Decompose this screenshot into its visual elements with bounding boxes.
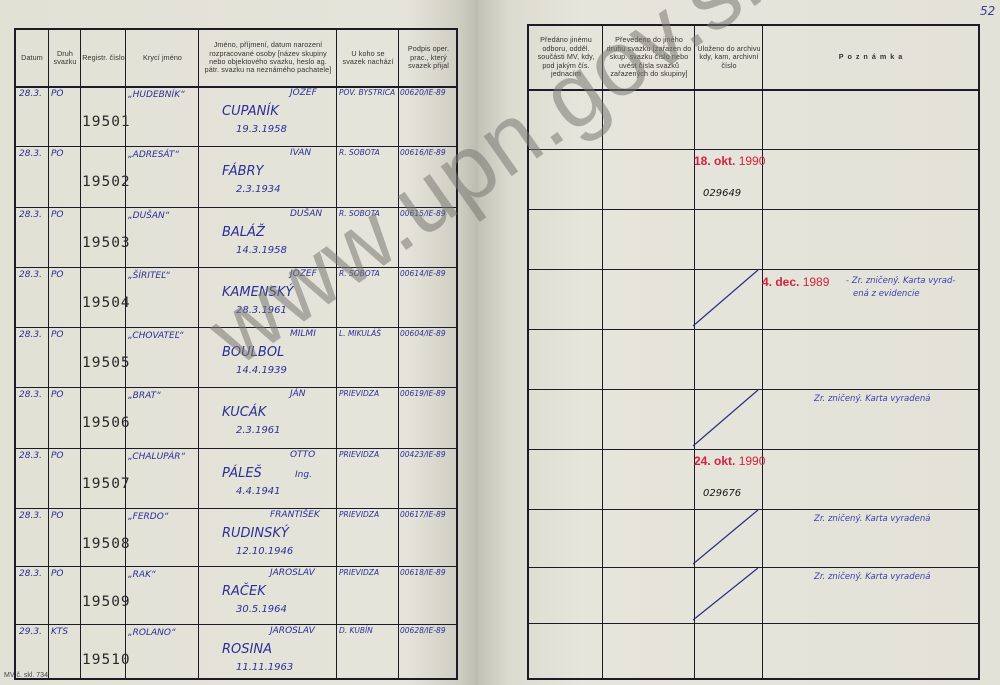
first-name: JAROSLAV <box>270 626 315 636</box>
registration-number: 19504 <box>82 295 131 311</box>
location-cell: PRIEVIDZA <box>339 510 379 519</box>
signature-cell: 00616/IE-89 <box>400 148 446 157</box>
header-predano: Předáno jinému odboru, odděl. součásti M… <box>531 26 601 89</box>
location-cell: PRIEVIDZA <box>339 389 379 398</box>
stamp-year: 1990 <box>739 154 766 168</box>
type-cell: PO <box>51 511 64 521</box>
cover-name: „ŠÍRITEĽ“ <box>128 271 170 281</box>
signature-cell: 00423/IE-89 <box>400 450 446 459</box>
date-cell: 28.3. <box>19 89 42 99</box>
birth-date: 12.10.1946 <box>236 546 293 557</box>
strike-diagonal-icon <box>692 508 760 566</box>
note-text: Zr. zničený. Karta vyradená <box>814 394 930 404</box>
strike-diagonal-icon <box>692 388 760 448</box>
date-cell: 28.3. <box>19 451 42 461</box>
cover-name: „DUŠAN“ <box>128 211 169 221</box>
registration-number: 19507 <box>82 476 131 492</box>
date-cell: 28.3. <box>19 210 42 220</box>
cover-name: „CHALUPÁR“ <box>128 452 185 462</box>
stamp-day: 24. okt. <box>694 454 735 468</box>
birth-date: 11.11.1963 <box>236 662 293 673</box>
stamp-year: 1989 <box>803 275 830 289</box>
location-cell: R. SOBOTA <box>339 148 380 157</box>
registration-number: 19502 <box>82 174 131 190</box>
location-cell: R. SOBOTA <box>339 209 380 218</box>
signature-cell: 00604/IE-89 <box>400 329 446 338</box>
location-cell: R. SOBOTA <box>339 269 380 278</box>
registration-number: 19510 <box>82 652 131 668</box>
first-name: JOZEF <box>290 269 317 279</box>
first-name: JÁN <box>290 389 306 399</box>
last-name: BOULBOL <box>222 345 284 360</box>
registration-number: 19509 <box>82 594 131 610</box>
archive-date-stamp: 18. okt. 1990 <box>694 154 765 168</box>
type-cell: PO <box>51 451 64 461</box>
location-cell: PRIEVIDZA <box>339 568 379 577</box>
signature-cell: 00620/IE-89 <box>400 88 446 97</box>
stamp-year: 1990 <box>739 454 766 468</box>
header-ulozeno: Uloženo do archivu kdy, kam, archivní čí… <box>697 26 761 89</box>
type-cell: PO <box>51 270 64 280</box>
last-name: RAČEK <box>222 584 266 599</box>
last-name: FÁBRY <box>222 164 264 179</box>
last-name: CUPANÍK <box>222 104 279 119</box>
date-cell: 28.3. <box>19 569 42 579</box>
birth-date: 4.4.1941 <box>236 486 281 497</box>
type-cell: PO <box>51 89 64 99</box>
cover-name: „FERDO“ <box>128 512 168 522</box>
type-cell: PO <box>51 569 64 579</box>
type-cell: PO <box>51 390 64 400</box>
birth-date: 14.4.1939 <box>236 365 287 376</box>
birth-date: 19.3.1958 <box>236 124 287 135</box>
right-page: 52 Předáno jinému odboru, odděl. součást… <box>478 0 1000 685</box>
birth-date: 30.5.1964 <box>236 604 287 615</box>
signature-cell: 00615/IE-89 <box>400 209 446 218</box>
archive-date-stamp: 24. okt. 1990 <box>694 454 765 468</box>
signature-cell: 00618/IE-89 <box>400 568 446 577</box>
location-cell: PRIEVIDZA <box>339 450 379 459</box>
signature-cell: 00617/IE-89 <box>400 510 446 519</box>
first-name: FRANTIŠEK <box>270 510 320 520</box>
last-name: PÁLEŠ <box>222 466 262 481</box>
title: Ing. <box>295 470 312 480</box>
registration-number: 19508 <box>82 536 131 552</box>
cover-name: „RAK“ <box>128 570 156 580</box>
header-registr-cislo: Registr. číslo <box>82 30 125 86</box>
cover-name: „ADRESÁT“ <box>128 150 179 160</box>
archive-number: 029676 <box>703 488 741 499</box>
cover-name: „HUDEBNÍK“ <box>128 90 185 100</box>
first-name: MILMI <box>290 329 316 339</box>
location-cell: POV. BYSTRICA <box>339 88 395 97</box>
signature-cell: 00619/IE-89 <box>400 389 446 398</box>
header-u-koho: U koho se svazek nachází <box>340 30 396 86</box>
first-name: DUŠAN <box>290 209 322 219</box>
location-cell: D. KUBÍN <box>339 626 373 635</box>
archive-number: 029649 <box>703 188 741 199</box>
page-number: 52 <box>980 4 995 18</box>
note-text: - Zr. zničený. Karta vyrad- <box>846 276 955 286</box>
location-cell: L. MIKULÁŠ <box>339 329 381 338</box>
type-cell: PO <box>51 149 64 159</box>
registration-number: 19501 <box>82 114 131 130</box>
cover-name: „ROLANO“ <box>128 628 176 638</box>
registration-number: 19503 <box>82 235 131 251</box>
first-name: OTTO <box>290 450 315 460</box>
birth-date: 28.3.1961 <box>236 305 287 316</box>
note-text: Zr. zničený. Karta vyradená <box>814 572 930 582</box>
header-poznamka: P o z n á m k a <box>765 26 977 89</box>
strike-diagonal-icon <box>692 566 760 622</box>
header-jmeno: Jméno, příjmení, datum narození rozpraco… <box>202 30 334 86</box>
header-datum: Datum <box>16 30 48 86</box>
header-druh-svazku: Druh svazku <box>50 30 80 86</box>
first-name: IVAN <box>290 148 311 158</box>
birth-date: 2.3.1934 <box>236 184 281 195</box>
date-cell: 28.3. <box>19 511 42 521</box>
type-cell: KTS <box>51 627 68 637</box>
header-podpis: Podpis oper. prac., který svazek přijal <box>401 30 456 86</box>
type-cell: PO <box>51 210 64 220</box>
stamp-day: 4. dec. <box>762 275 799 289</box>
date-cell: 28.3. <box>19 149 42 159</box>
first-name: JOZEF <box>290 88 317 98</box>
note-text-continued: ená z evidencie <box>853 289 920 299</box>
signature-cell: 00628/IE-89 <box>400 626 446 635</box>
last-name: KAMENSKÝ <box>222 285 293 300</box>
header-kryci-jmeno: Krycí jméno <box>127 30 198 86</box>
registration-number: 19505 <box>82 355 131 371</box>
first-name: JAROSLAV <box>270 568 315 578</box>
form-number: MV č. skl. 734 <box>4 672 48 679</box>
last-name: RUDINSKÝ <box>222 526 289 541</box>
date-cell: 28.3. <box>19 330 42 340</box>
registration-number: 19506 <box>82 415 131 431</box>
strike-diagonal-icon <box>692 268 760 328</box>
note-date-stamp: 4. dec. 1989 <box>762 275 829 289</box>
date-cell: 28.3. <box>19 390 42 400</box>
stamp-day: 18. okt. <box>694 154 735 168</box>
type-cell: PO <box>51 330 64 340</box>
last-name: ROSINA <box>222 642 272 657</box>
last-name: BALÁŽ <box>222 225 265 240</box>
signature-cell: 00614/IE-89 <box>400 269 446 278</box>
cover-name: „CHOVATEĽ“ <box>128 331 184 341</box>
last-name: KUCÁK <box>222 405 266 420</box>
date-cell: 29.3. <box>19 627 42 637</box>
birth-date: 2.3.1961 <box>236 425 281 436</box>
header-prevedeno: Převedeno do jiného druhu svazku [zařaze… <box>605 26 693 89</box>
left-page: Datum Druh svazku Registr. číslo Krycí j… <box>0 0 478 685</box>
date-cell: 28.3. <box>19 270 42 280</box>
birth-date: 14.3.1958 <box>236 245 287 256</box>
note-text: Zr. zničený. Karta vyradená <box>814 514 930 524</box>
cover-name: „BRAT“ <box>128 391 161 401</box>
